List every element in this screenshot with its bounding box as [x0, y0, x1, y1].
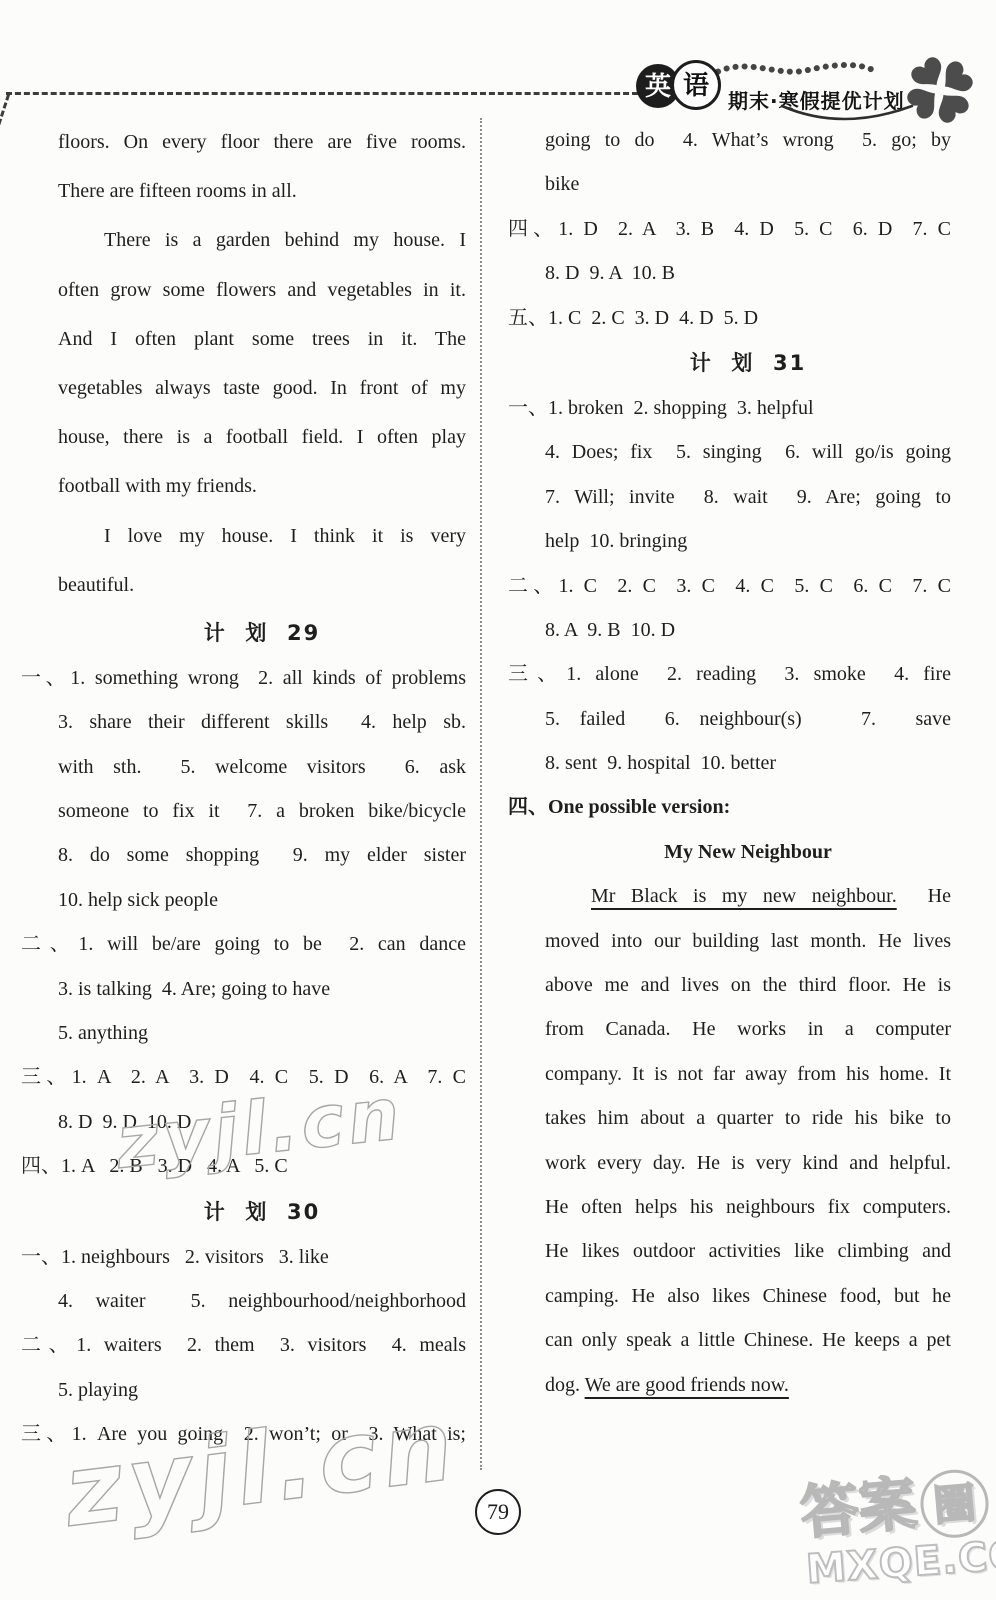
- text-segment: 一、1. broken 2. shopping 3. helpful: [508, 397, 814, 419]
- left-column: floors. On every floor there are five ro…: [58, 118, 466, 1457]
- text-segment: 4. Does; fix 5. singing 6. will go/is go…: [545, 441, 951, 463]
- brand-char-circled: 圈: [918, 1467, 992, 1541]
- text-segment: vegetables always taste good. In front o…: [58, 377, 466, 399]
- text-segment: 3. share their different skills 4. help …: [58, 711, 466, 733]
- text-segment: 8. D 9. A 10. B: [545, 262, 675, 284]
- text-segment: He often helps his neighbours fix comput…: [545, 1196, 951, 1218]
- text-line: 7. Will; invite 8. wait 9. Are; going to: [545, 475, 951, 519]
- text-segment: house, there is a football field. I ofte…: [58, 426, 466, 448]
- text-line: with sth. 5. welcome visitors 6. ask: [58, 745, 466, 789]
- text-segment: 7. Will; invite 8. wait 9. Are; going to: [545, 486, 951, 508]
- text-line: 一、1. broken 2. shopping 3. helpful: [508, 386, 951, 430]
- text-segment: 3. is talking 4. Are; going to have: [58, 978, 330, 1000]
- text-line: someone to fix it 7. a broken bike/bicyc…: [58, 789, 466, 833]
- text-segment: help 10. bringing: [545, 530, 687, 552]
- text-segment: someone to fix it 7. a broken bike/bicyc…: [58, 800, 466, 822]
- text-line: bike: [545, 162, 951, 206]
- text-line: 8. sent 9. hospital 10. better: [545, 741, 951, 785]
- text-segment: 计 划 29: [204, 621, 320, 645]
- page-number: 79: [475, 1489, 521, 1535]
- text-line: He likes outdoor activities like climbin…: [545, 1229, 951, 1273]
- text-segment: with sth. 5. welcome visitors 6. ask: [58, 756, 466, 778]
- section-heading: 计 划 30: [58, 1189, 466, 1235]
- text-line: 4. Does; fix 5. singing 6. will go/is go…: [545, 430, 951, 474]
- text-line: camping. He also likes Chinese food, but…: [545, 1274, 951, 1318]
- text-line: from Canada. He works in a computer: [545, 1007, 951, 1051]
- text-segment: 5. playing: [58, 1379, 138, 1401]
- section-heading: 计 划 31: [545, 340, 951, 386]
- text-segment: camping. He also likes Chinese food, but…: [545, 1285, 951, 1307]
- text-line: There is a garden behind my house. I: [58, 216, 466, 265]
- text-segment: takes him about a quarter to ride his bi…: [545, 1107, 951, 1129]
- text-line: 3. share their different skills 4. help …: [58, 700, 466, 744]
- text-segment: often grow some flowers and vegetables i…: [58, 279, 466, 301]
- text-segment: He likes outdoor activities like climbin…: [545, 1240, 951, 1262]
- text-line: help 10. bringing: [545, 519, 951, 563]
- text-line: 四、1. D 2. A 3. B 4. D 5. C 6. D 7. C: [508, 207, 951, 251]
- text-line: There are fifteen rooms in all.: [58, 167, 466, 216]
- text-line: floors. On every floor there are five ro…: [58, 118, 466, 167]
- text-segment: from Canada. He works in a computer: [545, 1018, 951, 1040]
- text-segment: 10. help sick people: [58, 889, 218, 911]
- text-segment: 五、1. C 2. C 3. D 4. D 5. D: [508, 307, 758, 329]
- text-line: And I often plant some trees in it. The: [58, 315, 466, 364]
- scanned-answer-page: 英 语 期末·寒假提优计划 floors. On every floor the…: [0, 0, 996, 1600]
- text-line: football with my friends.: [58, 462, 466, 511]
- text-segment: above me and lives on the third floor. H…: [545, 974, 951, 996]
- text-segment: 二、1. C 2. C 3. C 4. C 5. C 6. C 7. C: [508, 575, 951, 597]
- text-line: 二、1. waiters 2. them 3. visitors 4. meal…: [21, 1323, 466, 1367]
- text-line: often grow some flowers and vegetables i…: [58, 266, 466, 315]
- text-line: 五、1. C 2. C 3. D 4. D 5. D: [508, 296, 951, 340]
- text-segment: beautiful.: [58, 574, 134, 596]
- text-line: 5. failed 6. neighbour(s) 7. save: [545, 697, 951, 741]
- text-segment: My New Neighbour: [664, 841, 832, 863]
- text-segment: 计 划 31: [690, 351, 806, 375]
- text-segment: 计 划 30: [204, 1200, 320, 1224]
- text-segment: 4. waiter 5. neighbourhood/neighborhood: [58, 1290, 466, 1312]
- text-segment: going to do 4. What’s wrong 5. go; by: [545, 129, 951, 151]
- text-segment: can only speak a little Chinese. He keep…: [545, 1329, 951, 1351]
- text-line: My New Neighbour: [545, 830, 951, 874]
- text-line: company. It is not far away from his hom…: [545, 1052, 951, 1096]
- text-line: 4. waiter 5. neighbourhood/neighborhood: [58, 1279, 466, 1323]
- header-corner-dash: [0, 94, 10, 133]
- text-line: 一、1. something wrong 2. all kinds of pro…: [21, 656, 466, 700]
- text-line: above me and lives on the third floor. H…: [545, 963, 951, 1007]
- text-line: He often helps his neighbours fix comput…: [545, 1185, 951, 1229]
- text-line: moved into our building last month. He l…: [545, 919, 951, 963]
- column-divider: [480, 118, 482, 1470]
- text-line: 8. A 9. B 10. D: [545, 608, 951, 652]
- text-segment: There are fifteen rooms in all.: [58, 180, 297, 202]
- text-segment: 四、1. D 2. A 3. B 4. D 5. C 6. D 7. C: [508, 218, 951, 240]
- text-line: Mr Black is my new neighbour. He: [545, 874, 951, 918]
- text-segment: company. It is not far away from his hom…: [545, 1063, 951, 1085]
- text-line: can only speak a little Chinese. He keep…: [545, 1318, 951, 1362]
- brand-char: 案: [856, 1469, 920, 1542]
- text-segment: floors. On every floor there are five ro…: [58, 131, 466, 153]
- text-segment: 8. A 9. B 10. D: [545, 619, 675, 641]
- text-segment: football with my friends.: [58, 475, 257, 497]
- text-segment: There is a garden behind my house. I: [104, 229, 466, 251]
- text-line: 8. D 9. A 10. B: [545, 251, 951, 295]
- dotted-wave-icon: [704, 50, 884, 90]
- text-segment: 5. anything: [58, 1022, 148, 1044]
- text-line: 四、One possible version:: [508, 785, 951, 829]
- text-segment: I love my house. I think it is very: [104, 525, 466, 547]
- text-line: 三、1. alone 2. reading 3. smoke 4. fire: [508, 652, 951, 696]
- text-line: 一、1. neighbours 2. visitors 3. like: [21, 1235, 466, 1279]
- text-line: 二、1. will be/are going to be 2. can danc…: [21, 922, 466, 966]
- text-segment: 5. failed 6. neighbour(s) 7. save: [545, 708, 951, 730]
- text-line: dog. We are good friends now.: [545, 1363, 951, 1407]
- right-column: going to do 4. What’s wrong 5. go; bybik…: [545, 118, 951, 1407]
- text-line: 5. anything: [58, 1011, 466, 1055]
- text-line: 3. is talking 4. Are; going to have: [58, 967, 466, 1011]
- subject-badge2-icon: 语: [671, 60, 721, 110]
- text-line: work every day. He is very kind and help…: [545, 1141, 951, 1185]
- text-line: 二、1. C 2. C 3. C 4. C 5. C 6. C 7. C: [508, 564, 951, 608]
- text-line: vegetables always taste good. In front o…: [58, 364, 466, 413]
- text-segment: 一、1. neighbours 2. visitors 3. like: [21, 1246, 329, 1268]
- text-segment: And I often plant some trees in it. The: [58, 328, 466, 350]
- text-segment: 四、One possible version:: [508, 796, 730, 818]
- text-line: beautiful.: [58, 561, 466, 610]
- text-line: house, there is a football field. I ofte…: [58, 413, 466, 462]
- text-segment: 8. sent 9. hospital 10. better: [545, 752, 776, 774]
- text-segment: 三、1. alone 2. reading 3. smoke 4. fire: [508, 663, 951, 685]
- text-segment: dog.: [545, 1374, 585, 1396]
- section-heading: 计 划 29: [58, 610, 466, 656]
- text-segment: 8. do some shopping 9. my elder sister: [58, 844, 466, 866]
- text-segment: 一、1. something wrong 2. all kinds of pro…: [21, 667, 466, 689]
- text-segment: Mr Black is my new neighbour.: [591, 885, 897, 907]
- text-segment: work every day. He is very kind and help…: [545, 1152, 951, 1174]
- text-segment: 二、1. waiters 2. them 3. visitors 4. meal…: [21, 1334, 466, 1356]
- brand-char: 答: [798, 1474, 862, 1547]
- text-line: going to do 4. What’s wrong 5. go; by: [545, 118, 951, 162]
- text-segment: moved into our building last month. He l…: [545, 930, 951, 952]
- text-segment: bike: [545, 173, 579, 195]
- text-segment: 二、1. will be/are going to be 2. can danc…: [21, 933, 466, 955]
- text-line: I love my house. I think it is very: [58, 512, 466, 561]
- header-dashed-line: [6, 92, 638, 95]
- text-segment: We are good friends now.: [585, 1374, 789, 1396]
- text-line: takes him about a quarter to ride his bi…: [545, 1096, 951, 1140]
- text-line: 10. help sick people: [58, 878, 466, 922]
- text-segment: He: [897, 885, 951, 907]
- text-line: 8. do some shopping 9. my elder sister: [58, 833, 466, 877]
